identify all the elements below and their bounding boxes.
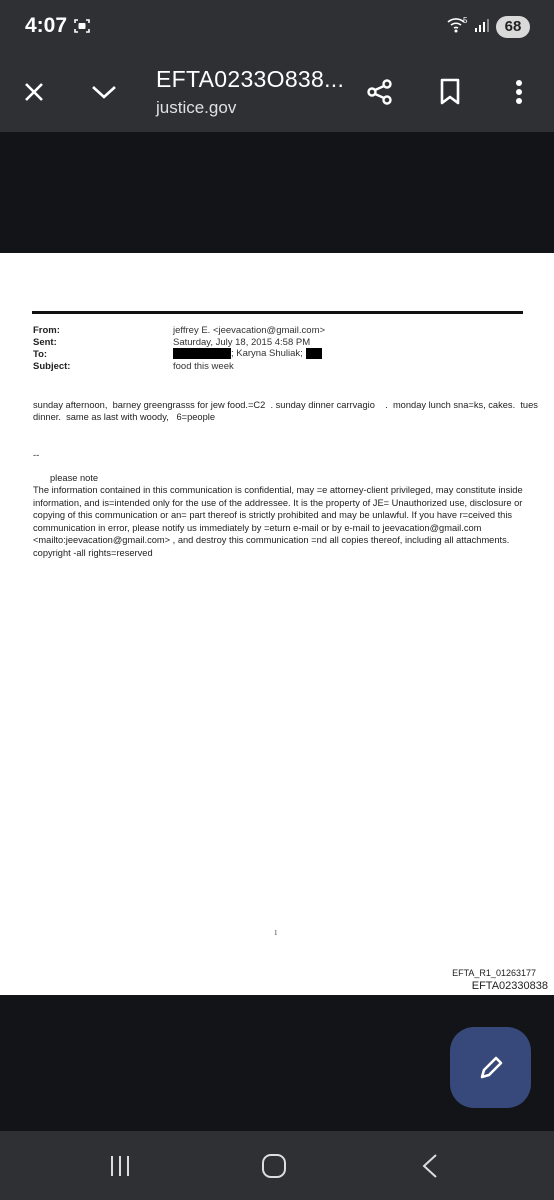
subject-value: food this week [173,361,234,372]
more-vert-icon [515,79,523,105]
battery-indicator: 68 [496,16,530,38]
close-button[interactable] [16,74,52,110]
svg-text:5: 5 [463,16,468,25]
redaction-box [306,348,322,359]
browser-toolbar: EFTA0233O838... justice.gov [0,52,554,132]
page-title: EFTA0233O838... [156,66,344,93]
from-label: From: [33,325,60,336]
status-bar: 4:07 5 68 [0,0,554,52]
from-row: From: [33,325,60,336]
sent-row: Sent: [33,337,57,348]
signal-icon [474,17,490,33]
to-value: ; Karyna Shuliak; [231,348,303,359]
close-icon [23,81,45,103]
clock: 4:07 [25,14,67,38]
to-value-row: ; Karyna Shuliak; [173,348,322,359]
share-button[interactable] [362,74,398,110]
home-button[interactable] [254,1149,294,1183]
sent-value: Saturday, July 18, 2015 4:58 PM [173,337,310,348]
bookmark-button[interactable] [432,74,468,110]
to-row: To: [33,349,47,360]
bookmark-icon [439,78,461,106]
recents-icon [108,1154,132,1178]
bates-number-1: EFTA_R1_01263177 [452,968,536,978]
subject-row: Subject: [33,361,70,372]
home-icon [261,1153,287,1179]
email-body-line2: dinner. same as last with woody, 6=peopl… [33,411,523,424]
more-options-button[interactable] [501,74,537,110]
share-icon [366,78,394,106]
from-value: jeffrey E. <jeevacation@gmail.com> [173,325,325,336]
minimize-button[interactable] [86,74,122,110]
pencil-icon [476,1053,506,1083]
screenshot-icon [74,18,90,34]
recents-button[interactable] [100,1149,140,1183]
chevron-down-icon [91,84,117,100]
back-button[interactable] [410,1149,450,1183]
page-url: justice.gov [156,98,236,118]
redaction-box [173,348,231,359]
to-label: To: [33,349,47,360]
bates-number-2: EFTA02330838 [472,980,548,992]
header-rule [32,311,523,314]
system-nav-bar [0,1131,554,1200]
back-icon [421,1153,439,1179]
pdf-page: From: jeffrey E. <jeevacation@gmail.com>… [0,253,554,995]
disclaimer-text: The information contained in this commun… [33,484,525,559]
sent-label: Sent: [33,337,57,348]
signature-separator: -- [33,449,523,462]
page-number: 1 [274,929,278,937]
email-body-line1: sunday afternoon, barney greengrasss for… [33,399,523,412]
subject-label: Subject: [33,361,70,372]
wifi-icon: 5 [447,16,469,34]
edit-fab[interactable] [450,1027,531,1108]
please-note: please note [50,472,540,485]
